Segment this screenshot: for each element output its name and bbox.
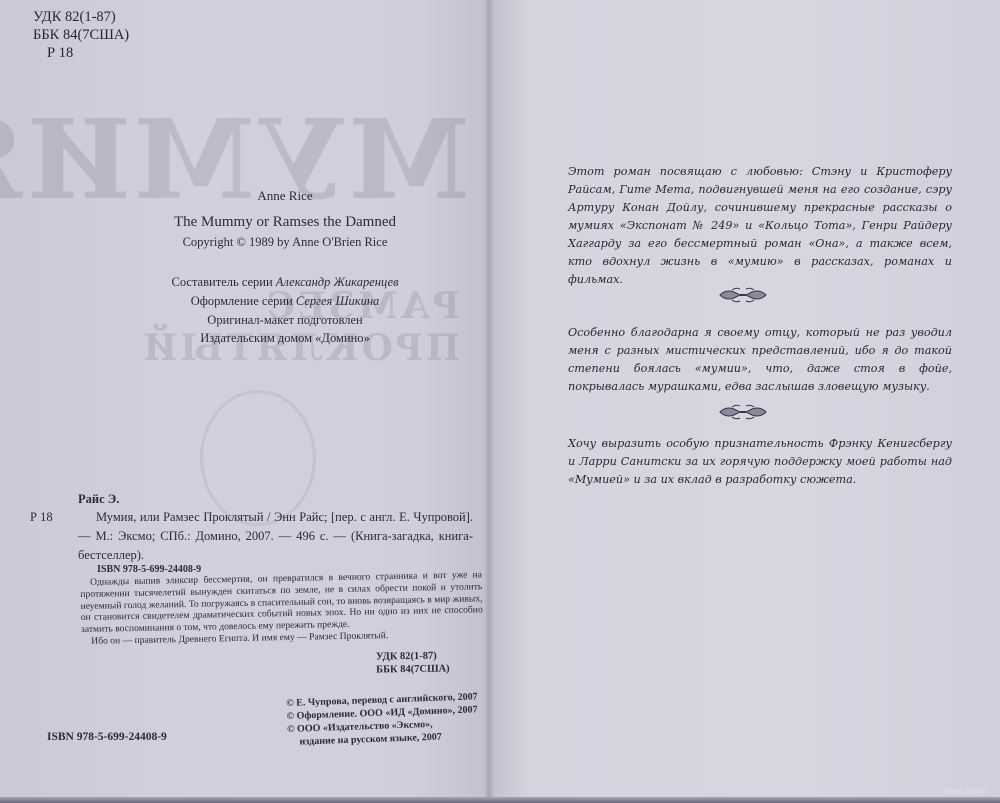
right-page bbox=[488, 0, 1000, 803]
author-mark: Р 18 bbox=[33, 44, 129, 62]
record-description: Мумия, или Рамзес Проклятый / Энн Райс; … bbox=[78, 508, 473, 565]
record-code: Р 18 bbox=[30, 508, 53, 527]
layout-credit-2: Издательским домом «Домино» bbox=[150, 329, 420, 347]
book-gutter bbox=[484, 0, 494, 803]
bbk-code: ББК 84(7США) bbox=[376, 662, 450, 676]
dedication-paragraph: Этот роман посвящаю с любовью: Стэну и К… bbox=[568, 163, 952, 289]
record-author: Райс Э. bbox=[78, 490, 119, 509]
book-spread: МУМИЯ РАМЗЕС ПРОКЛЯТЫЙ УДК 82(1-87) ББК … bbox=[0, 0, 1000, 803]
catalog-codes-bottom: УДК 82(1-87) ББК 84(7США) bbox=[376, 649, 450, 676]
udk-code: УДК 82(1-87) bbox=[33, 8, 129, 26]
original-title: The Mummy or Ramses the Damned bbox=[150, 214, 420, 231]
original-author: Anne Rice bbox=[150, 188, 420, 204]
bbk-code: ББК 84(7США) bbox=[33, 26, 129, 44]
catalog-codes-top: УДК 82(1-87) ББК 84(7США) Р 18 bbox=[33, 8, 129, 62]
fleuron-ornament-icon bbox=[718, 404, 768, 420]
udk-code: УДК 82(1-87) bbox=[376, 649, 450, 663]
series-design: Оформление серии Сергея Шикина bbox=[150, 292, 420, 311]
layout-credit-1: Оригинал-макет подготовлен bbox=[150, 311, 420, 329]
page-bottom-edge bbox=[0, 797, 1000, 803]
site-watermark: www.ay.by bbox=[944, 786, 986, 796]
original-copyright: Copyright © 1989 by Anne O'Brien Rice bbox=[150, 235, 420, 250]
fleuron-ornament-icon bbox=[718, 287, 768, 303]
copyright-notices: © Е. Чупрова, перевод с английского, 200… bbox=[286, 690, 479, 749]
dedication-paragraph: Особенно благодарна я своему отцу, котор… bbox=[568, 324, 952, 396]
series-compiler: Составитель серии Александр Жикаренцев bbox=[150, 273, 420, 292]
series-credits: Составитель серии Александр Жикаренцев О… bbox=[150, 273, 420, 347]
record-isbn: ISBN 978-5-699-24408-9 bbox=[97, 564, 201, 575]
left-page: МУМИЯ РАМЗЕС ПРОКЛЯТЫЙ УДК 82(1-87) ББК … bbox=[0, 0, 488, 803]
annotation-paragraph: Однажды выпив эликсир бессмертия, он пре… bbox=[80, 569, 483, 636]
book-annotation: Однажды выпив эликсир бессмертия, он пре… bbox=[80, 569, 483, 647]
show-through-emblem bbox=[200, 390, 316, 526]
isbn: ISBN 978-5-699-24408-9 bbox=[47, 731, 167, 743]
dedication-paragraph: Хочу выразить особую признательность Фрэ… bbox=[568, 435, 952, 489]
